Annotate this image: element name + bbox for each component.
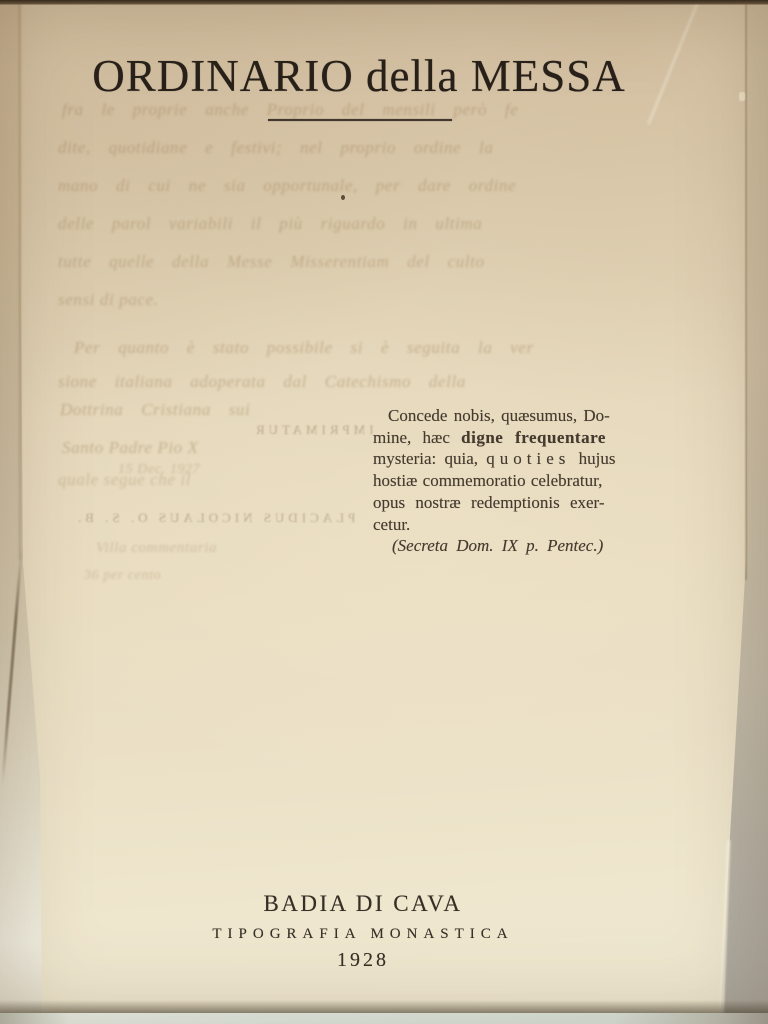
- title-rule: [268, 119, 452, 121]
- imprint-block: BADIA DI CAVA TIPOGRAFIA MONASTICA 1928: [0, 891, 726, 972]
- page-edge-notch: [739, 92, 745, 101]
- bleedthrough-line: mano di cui ne sia opportunale, per dare…: [58, 176, 516, 196]
- latin-line: mysteria: quia, quoties hujus: [373, 448, 685, 470]
- page-edge-right-line: [745, 0, 747, 580]
- latin-text: hostiæ commemoratio celebratur,: [373, 471, 602, 490]
- printer-name: TIPOGRAFIA MONASTICA: [0, 926, 726, 943]
- bleedthrough-line: fra le proprie anche Proprio del mensili…: [62, 100, 518, 120]
- latin-text: Concede nobis, quæsumus, Do-: [388, 406, 610, 425]
- latin-text: cetur.: [373, 515, 410, 534]
- bleedthrough-line: sensi di pace.: [58, 290, 158, 310]
- publisher-name: BADIA DI CAVA: [0, 891, 726, 917]
- bleedthrough-line: quale segue che il: [58, 470, 191, 490]
- latin-line: hostiæ commemoratio celebratur,: [373, 470, 685, 492]
- bleedthrough-line: Dottrina Cristiana sui: [60, 400, 250, 420]
- latin-text: mysteria: quia,: [373, 449, 486, 468]
- bleedthrough-name-mirrored: PLACIDUS NICOLAUS O. S. B.: [74, 510, 355, 526]
- photo-bottom-shadow: [0, 1000, 768, 1014]
- bleedthrough-line: sione italiana adoperata dal Catechismo …: [58, 372, 466, 392]
- latin-citation-text: (Secreta Dom. IX p. Pentec.): [392, 536, 603, 555]
- bleedthrough-imprimatur-mirrored: IMPRIMATUR: [252, 422, 374, 438]
- latin-text-spaced: quoties: [486, 449, 570, 468]
- latin-line: cetur.: [373, 514, 685, 536]
- photo-bottom-border: [0, 1013, 768, 1024]
- latin-text: mine, hæc: [373, 428, 461, 447]
- bleedthrough-line: Per quanto è stato possibile si è seguit…: [74, 338, 534, 358]
- bleedthrough-line: 36 per cento: [84, 568, 161, 584]
- latin-prayer-block: Concede nobis, quæsumus, Do- mine, hæc d…: [373, 405, 685, 557]
- bleedthrough-line: Villa commentaria: [96, 540, 217, 557]
- latin-text-bold: digne frequentare: [461, 428, 606, 447]
- latin-line: mine, hæc digne frequentare: [373, 427, 685, 449]
- ink-speck: [341, 195, 345, 200]
- latin-line: Concede nobis, quæsumus, Do-: [373, 405, 685, 427]
- latin-citation: (Secreta Dom. IX p. Pentec.): [373, 535, 685, 557]
- latin-text: opus nostræ redemptionis exer-: [373, 493, 605, 512]
- bleedthrough-line: tutte quelle della Messe Misserentiam de…: [58, 252, 485, 272]
- book-title: ORDINARIO della MESSA: [0, 50, 718, 102]
- page-edge-soft-line: [19, 0, 21, 560]
- latin-text: hujus: [570, 449, 615, 468]
- page-edge-left: [0, 0, 48, 1024]
- publication-year: 1928: [0, 949, 726, 972]
- latin-line: opus nostræ redemptionis exer-: [373, 492, 685, 514]
- bleedthrough-line: delle parol variabili il più riguardo in…: [58, 214, 482, 234]
- bleedthrough-line: Santo Padre Pio X: [62, 438, 199, 458]
- photo-top-border: [0, 0, 768, 5]
- book-page-photo: fra le proprie anche Proprio del mensili…: [0, 0, 768, 1024]
- bleedthrough-line: dite, quotidiane e festivi; nel proprio …: [58, 138, 493, 158]
